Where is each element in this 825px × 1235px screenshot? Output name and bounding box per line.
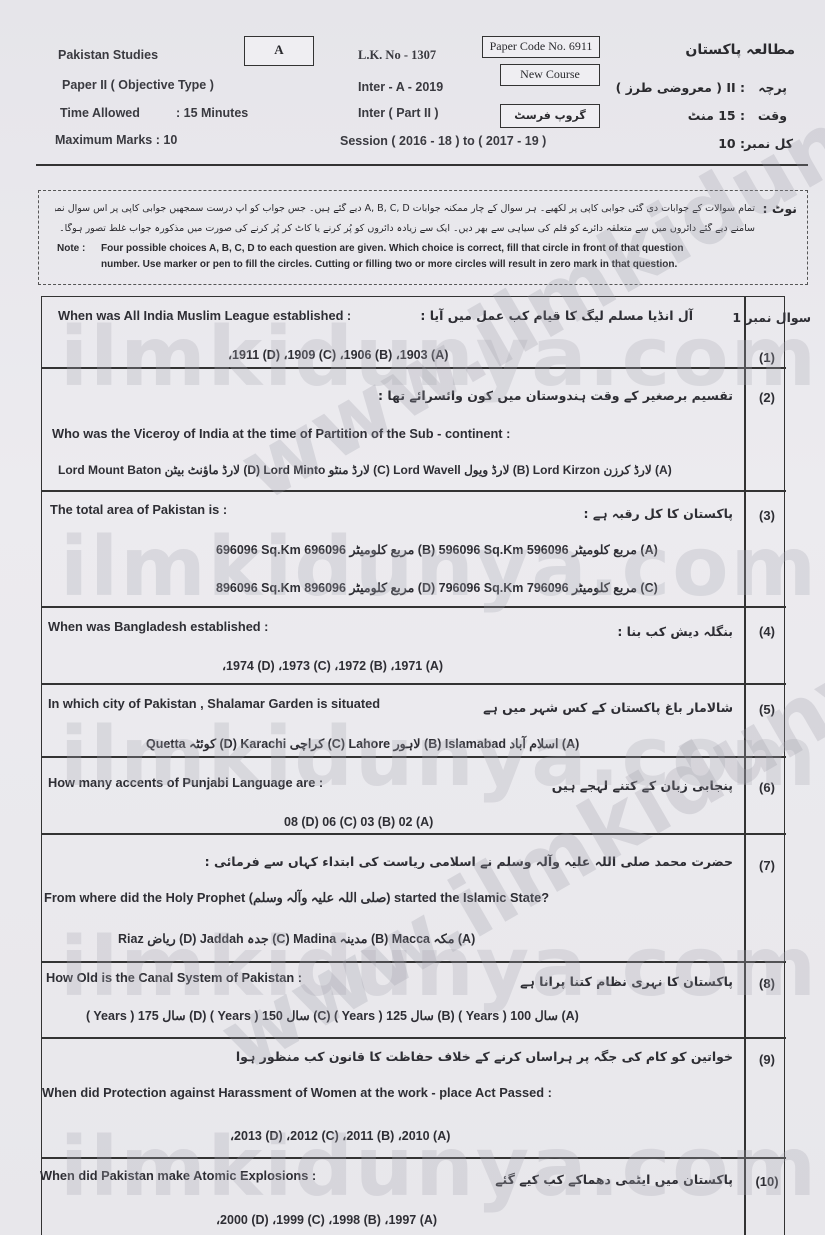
note-line1-english: Four possible choices A, B, C, D to each… (101, 243, 684, 254)
question-number: (3) (752, 508, 782, 523)
session: Session ( 2016 - 18 ) to ( 2017 - 19 ) (340, 134, 546, 148)
question-text-urdu: پنجابی زبان کے کتنے لہجے ہیں (552, 778, 733, 793)
answer-options: ( Years ) 175 سال (D) ( Years ) 150 سال … (86, 1008, 579, 1023)
answer-options: ،2013 (D) ،2012 (C) ،2011 (B) ،2010 (A) (230, 1128, 450, 1143)
question-number: (1) (752, 350, 782, 365)
marks-value-urdu: : 10 (718, 136, 745, 151)
question-text-english: In which city of Pakistan , Shalamar Gar… (48, 696, 380, 711)
paper-type-english: Paper II ( Objective Type ) (62, 78, 214, 92)
question-text-urdu: پاکستان کا کل رقبہ ہے : (584, 506, 733, 521)
question-text-english: Who was the Viceroy of India at the time… (52, 426, 510, 441)
paper-value-urdu: : II ( معروضی طرز ) (616, 80, 745, 95)
question-text-urdu: شالامار باغ پاکستان کے کس شہر میں ہے (483, 700, 733, 715)
question-number: (2) (752, 390, 782, 405)
marks-label-urdu: کل نمبر (744, 136, 793, 151)
time-value-urdu: : 15 منٹ (688, 108, 745, 123)
note-line2-english: number. Use marker or pen to fill the ci… (101, 259, 677, 270)
header-divider (36, 164, 808, 166)
answer-options: ،1974 (D) ،1973 (C) ،1972 (B) ،1971 (A) (222, 658, 443, 673)
question-text-urdu: پاکستان کا نہری نظام کتنا پرانا ہے (520, 974, 733, 989)
question-number: (4) (752, 624, 782, 639)
note-line2-urdu: سامنے دیے گئے دائروں میں سے متعلقہ دائرے… (55, 223, 755, 234)
question-text-urdu: بنگلہ دیش کب بنا : (617, 624, 733, 639)
subject-urdu: مطالعہ پاکستان (685, 42, 795, 58)
note-line1-urdu: تمام سوالات کے جوابات دی گئی جوابی کاپی … (55, 203, 755, 214)
question-text-urdu: پاکستان میں ایٹمی دھماکے کب کیے گئے (495, 1172, 733, 1187)
question-text-english: When was All India Muslim League establi… (58, 308, 351, 323)
question-number: (7) (752, 858, 782, 873)
answer-options: Riaz ریاض (D) Jaddah جدہ (C) Madina مدین… (118, 931, 475, 946)
answer-options-row1: 696096 Sq.Km 696096 مربع کلومیٹر (B) 596… (216, 542, 658, 557)
question-text-english: When did Pakistan make Atomic Explosions… (40, 1168, 316, 1183)
row-divider (42, 1037, 786, 1039)
time-label-urdu: وقت (758, 108, 787, 123)
subject-english: Pakistan Studies (58, 48, 158, 62)
question-text-english: The total area of Pakistan is : (50, 502, 227, 517)
exam-paper: Pakistan Studies Paper II ( Objective Ty… (0, 0, 825, 1235)
instructions-box: نوٹ : تمام سوالات کے جوابات دی گئی جوابی… (38, 190, 808, 285)
answer-options-row2: 896096 Sq.Km 896096 مربع کلومیٹر (D) 796… (216, 580, 658, 595)
row-divider (42, 833, 786, 835)
question-text-english: How Old is the Canal System of Pakistan … (46, 970, 302, 985)
note-label-english: Note : (57, 243, 85, 254)
question-number-column-divider (744, 297, 746, 1235)
question-number: (8) (752, 976, 782, 991)
question-text-english: From where did the Holy Prophet (صلی الل… (44, 890, 549, 906)
answer-options: ،1911 (D) ،1909 (C) ،1906 (B) ،1903 (A) (228, 347, 448, 362)
note-label-urdu: نوٹ : (763, 201, 797, 216)
maximum-marks: Maximum Marks : 10 (55, 133, 177, 147)
row-divider (42, 606, 786, 608)
paper-code-box: Paper Code No. 6911 (482, 36, 600, 58)
inter-a-year: Inter - A - 2019 (358, 80, 443, 94)
row-divider (42, 683, 786, 685)
time-allowed-value: : 15 Minutes (176, 106, 248, 120)
answer-options: ،2000 (D) ،1999 (C) ،1998 (B) ،1997 (A) (216, 1212, 437, 1227)
group-box: A (244, 36, 314, 66)
question-text-urdu: حضرت محمد صلی اللہ علیہ وآلہ وسلم نے اسل… (205, 854, 733, 869)
lk-number: L.K. No - 1307 (358, 48, 436, 63)
row-divider (42, 756, 786, 758)
row-divider (42, 367, 786, 369)
answer-options: Quetta کوئٹہ (D) Karachi کراچی (C) Lahor… (146, 736, 579, 751)
time-allowed-label: Time Allowed (60, 106, 140, 120)
question-text-english: When did Protection against Harassment o… (42, 1085, 552, 1100)
question-text-urdu: خواتین کو کام کی جگہ پر ہراساں کرنے کے خ… (236, 1049, 733, 1064)
paper-label-urdu: پرچہ (758, 80, 787, 95)
inter-part: Inter ( Part II ) (358, 106, 439, 120)
question-text-english: When was Bangladesh established : (48, 619, 268, 634)
question-label-urdu: سوال نمبر 1 (732, 310, 811, 325)
question-text-urdu: آل انڈیا مسلم لیگ کا قیام کب عمل میں آیا… (420, 308, 693, 323)
question-number: (6) (752, 780, 782, 795)
row-divider (42, 1157, 786, 1159)
group-urdu-box: گروپ فرسٹ (500, 104, 600, 128)
question-text-english: How many accents of Punjabi Language are… (48, 775, 323, 790)
row-divider (42, 490, 786, 492)
question-number: (9) (752, 1052, 782, 1067)
answer-options: 08 (D) 06 (C) 03 (B) 02 (A) (284, 815, 433, 829)
new-course-box: New Course (500, 64, 600, 86)
row-divider (42, 961, 786, 963)
question-text-urdu: تقسیم برصغیر کے وقت ہندوستان میں کون وائ… (378, 388, 733, 403)
question-number: (5) (752, 702, 782, 717)
answer-options: Lord Mount Baton لارڈ ماؤنٹ بیٹن (D) Lor… (58, 463, 672, 477)
question-number: (10) (752, 1174, 782, 1189)
